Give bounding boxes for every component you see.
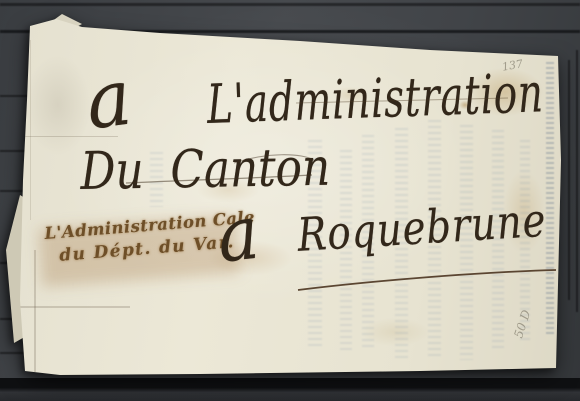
photograph-of-letter: L'Administration Cale du Dépt. du Var. a…: [0, 0, 580, 401]
show-through-edge-text: [546, 62, 554, 337]
underline-flourish: [298, 270, 556, 290]
paper-front: L'Administration Cale du Dépt. du Var. a…: [0, 0, 580, 401]
pencil-note-top-right: 137: [501, 58, 524, 72]
paper-crease: [18, 306, 130, 308]
paper-crease: [34, 250, 36, 372]
address-word-du: Du: [80, 141, 144, 202]
address-city: Roquebrune: [296, 197, 547, 258]
address-to-marker: a: [82, 59, 135, 142]
address-city-marker: a: [214, 196, 262, 274]
letter-paper: L'Administration Cale du Dépt. du Var. a…: [0, 0, 580, 401]
address-line-canton: DuCanton: [80, 142, 330, 198]
paper-crease: [30, 40, 31, 220]
address-line-administration: L'administration: [206, 66, 544, 132]
